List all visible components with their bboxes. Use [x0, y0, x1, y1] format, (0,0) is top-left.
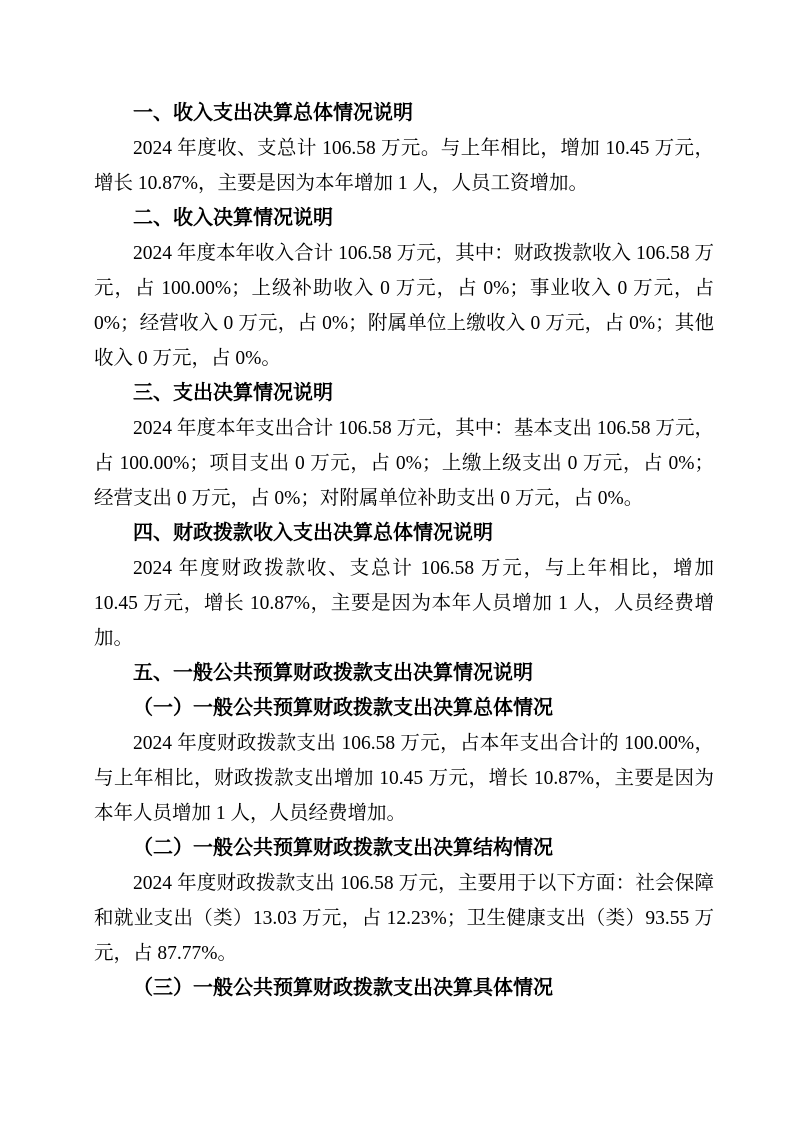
subheading-overall-situation: （一）一般公共预算财政拨款支出决算总体情况 — [94, 691, 714, 726]
heading-income-settlement: 二、收入决算情况说明 — [94, 201, 714, 236]
paragraph-fiscal-appropriation-overview: 2024 年度财政拨款收、支总计 106.58 万元，与上年相比，增加 10.4… — [94, 551, 714, 656]
subheading-structure-situation: （二）一般公共预算财政拨款支出决算结构情况 — [94, 831, 714, 866]
heading-expense-settlement: 三、支出决算情况说明 — [94, 376, 714, 411]
paragraph-structure-situation: 2024 年度财政拨款支出 106.58 万元，主要用于以下方面：社会保障和就业… — [94, 866, 714, 971]
paragraph-expense-settlement: 2024 年度本年支出合计 106.58 万元，其中：基本支出 106.58 万… — [94, 411, 714, 516]
paragraph-income-expense-overview: 2024 年度收、支总计 106.58 万元。与上年相比，增加 10.45 万元… — [94, 131, 714, 201]
document-page: 一、收入支出决算总体情况说明 2024 年度收、支总计 106.58 万元。与上… — [0, 0, 793, 1122]
subheading-specific-situation: （三）一般公共预算财政拨款支出决算具体情况 — [94, 971, 714, 1006]
document-content: 一、收入支出决算总体情况说明 2024 年度收、支总计 106.58 万元。与上… — [94, 96, 714, 1006]
paragraph-income-settlement: 2024 年度本年收入合计 106.58 万元，其中：财政拨款收入 106.58… — [94, 236, 714, 376]
heading-fiscal-appropriation-overview: 四、财政拨款收入支出决算总体情况说明 — [94, 516, 714, 551]
heading-public-budget-expense: 五、一般公共预算财政拨款支出决算情况说明 — [94, 656, 714, 691]
heading-income-expense-overview: 一、收入支出决算总体情况说明 — [94, 96, 714, 131]
paragraph-overall-situation: 2024 年度财政拨款支出 106.58 万元，占本年支出合计的 100.00%… — [94, 726, 714, 831]
